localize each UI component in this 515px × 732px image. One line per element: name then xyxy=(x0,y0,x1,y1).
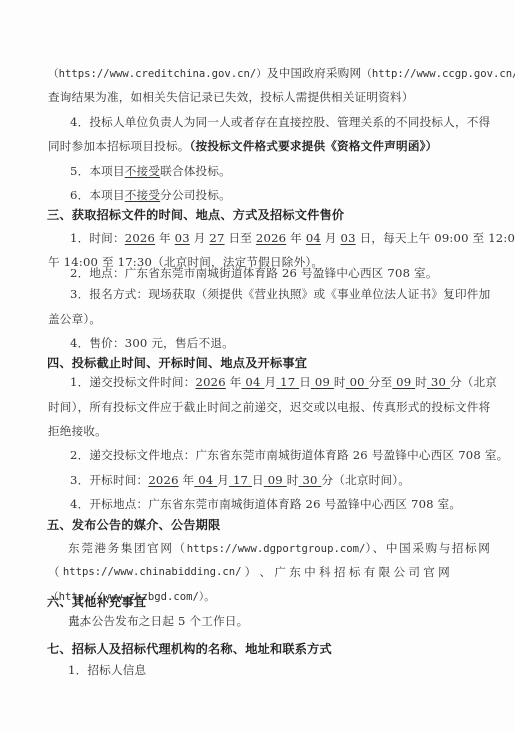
section-3-heading: 三、获取招标文件的时间、地点、方式及招标文件售价 xyxy=(47,207,344,223)
char: 招 xyxy=(334,564,346,580)
submit-day: 17 xyxy=(280,375,295,389)
to-label: 至 xyxy=(240,231,252,245)
hour-label: 时 xyxy=(415,375,427,389)
requirement-5: 5．本项目不接受联合体投标。 xyxy=(70,163,231,179)
hour-label: 时 xyxy=(334,375,346,389)
section-4-submit-time-line-1: 1．递交投标文件时间：2026 年 04 月 17 日 09 时 00 分至 0… xyxy=(70,374,497,390)
separator: 、 xyxy=(259,564,271,580)
section-4-heading: 四、投标截止时间、开标时间、地点及开标事宜 xyxy=(47,355,307,371)
char: 限 xyxy=(379,564,391,580)
document-page: （https://www.creditchina.gov.cn/）及中国政府采购… xyxy=(0,0,515,732)
section-5-heading: 五、发布公告的媒介、公告期限 xyxy=(47,517,220,533)
requirement-6: 6．本项目不接受分公司投标。 xyxy=(70,187,231,203)
section-3-method-line-1: 3．报名方式：现场获取（须提供《营业执照》或《事业单位法人证书》复印件加 xyxy=(70,286,490,302)
open-hour: 09 xyxy=(268,473,283,487)
char: 网 xyxy=(438,564,450,580)
paren-close: ） xyxy=(245,564,257,580)
start-day: 27 xyxy=(209,231,224,245)
credit-check-line-1: （https://www.creditchina.gov.cn/）及中国政府采购… xyxy=(48,65,515,82)
submit-year: 2026 xyxy=(196,375,226,389)
open-month: 04 xyxy=(198,473,213,487)
requirement-4-line-1: 4．投标人单位负责人为同一人或者存在直接控股、管理关系的不同投标人，不得 xyxy=(70,114,490,130)
open-time-label: 3．开标时间： xyxy=(70,473,148,487)
requirement-6-prefix: 6．本项目 xyxy=(70,188,125,202)
section-3-method-line-2: 盖公章）。 xyxy=(48,311,101,327)
char: 官 xyxy=(423,564,435,580)
requirement-4-note: （按投标文件格式要求提供《资格文件声明函》） xyxy=(190,139,438,153)
end-month: 04 xyxy=(306,231,321,245)
section-7-item-1: 1．招标人信息 xyxy=(68,662,146,678)
section-4-submit-place: 2．递交投标文件地点：广东省东莞市南城街道体育路 26 号盈锋中心西区 708 … xyxy=(70,447,508,463)
submit-end-minute: 30 xyxy=(431,375,446,389)
credit-check-line-2: 查询结果为准，如相关失信记录已失效，投标人需提供相关证明资料） xyxy=(48,89,414,105)
month-label: 月 xyxy=(264,375,276,389)
char: 广 xyxy=(274,564,286,580)
section-7-heading: 七、招标人及招标代理机构的名称、地址和联系方式 xyxy=(47,641,332,657)
section-5-media-line-2: （ https://www.chinabidding.cn/ ） 、 广 东 中… xyxy=(48,564,450,580)
section-5-period: 自本公告发布之日起 5 个工作日。 xyxy=(68,613,248,629)
year-label: 年 xyxy=(230,375,242,389)
month-label: 月 xyxy=(217,473,229,487)
section-3-place: 2．地点：广东省东莞市南城街道体育路 26 号盈锋中心西区 708 室。 xyxy=(70,265,438,281)
section-4-open-time: 3．开标时间：2026 年 04 月 17 日 09 时 30 分（北京时间）。 xyxy=(70,472,410,488)
chinabidding-label: ）、中国采购与招标网 xyxy=(365,541,491,555)
section-6-heading: 六、其他补充事宜 xyxy=(47,594,146,610)
ccgp-label: 及中国政府采购网 xyxy=(267,66,361,80)
requirement-5-suffix: 联合体投标。 xyxy=(160,164,231,178)
section-4-open-place: 4．开标地点：广东省东莞市南城街道体育路 26 号盈锋中心西区 708 室。 xyxy=(70,496,461,512)
start-year: 2026 xyxy=(125,231,155,245)
char: 标 xyxy=(349,564,361,580)
end-day: 03 xyxy=(341,231,356,245)
year-label: 年 xyxy=(183,473,195,487)
minute-to-label: 分至 xyxy=(369,375,393,389)
open-tail: 分（北京时间）。 xyxy=(321,473,410,487)
char: 有 xyxy=(364,564,376,580)
char: 科 xyxy=(319,564,331,580)
submit-tail: 分（北京 xyxy=(450,375,497,389)
char: 司 xyxy=(408,564,420,580)
submit-hour: 09 xyxy=(315,375,330,389)
dgport-url: https://www.dgportgroup.com/ xyxy=(187,543,366,555)
section-4-submit-time-line-2: 时间），所有投标文件应于截止时间之前递交，迟交或以电报、传真形式的投标文件将 xyxy=(48,399,490,415)
time-label: 1．时间： xyxy=(70,231,125,245)
submit-end-hour: 09 xyxy=(396,375,411,389)
requirement-5-prefix: 5．本项目 xyxy=(70,164,125,178)
requirement-4-line-2: 同时参加本招标项目投标。（按投标文件格式要求提供《资格文件声明函》） xyxy=(48,138,437,154)
open-day: 17 xyxy=(233,473,248,487)
requirement-5-underlined: 不接受 xyxy=(125,164,160,178)
char: 公 xyxy=(393,564,405,580)
month-label: 月 xyxy=(194,231,206,245)
chinabidding-url: https://www.chinabidding.cn/ xyxy=(63,564,242,580)
start-month: 03 xyxy=(175,231,190,245)
submit-minute: 00 xyxy=(350,375,365,389)
section-4-submit-time-line-3: 拒绝接收。 xyxy=(48,423,107,439)
submit-time-label: 1．递交投标文件时间： xyxy=(70,375,196,389)
end-year: 2026 xyxy=(256,231,286,245)
open-minute: 30 xyxy=(302,473,317,487)
year-label: 年 xyxy=(290,231,302,245)
requirement-4-text: 同时参加本招标项目投标。 xyxy=(48,139,190,153)
hour-label: 时 xyxy=(287,473,299,487)
day-label: 日 xyxy=(252,473,264,487)
section-3-price: 4．售价：300 元，售后不退。 xyxy=(70,335,234,351)
day-label: 日 xyxy=(299,375,311,389)
year-label: 年 xyxy=(159,231,171,245)
requirement-6-underlined: 不接受 xyxy=(125,188,160,202)
section-3-time-line-1: 1．时间：2026 年 03 月 27 日至 2026 年 04 月 03 日，… xyxy=(70,230,515,246)
char: 中 xyxy=(304,564,316,580)
section-5-media-line-1: 东莞港务集团官网（https://www.dgportgroup.com/）、中… xyxy=(68,540,491,557)
month-label: 月 xyxy=(325,231,337,245)
paren-open: （ xyxy=(48,564,60,580)
char: 东 xyxy=(289,564,301,580)
submit-month: 04 xyxy=(245,375,260,389)
ccgp-url: （http://www.ccgp.gov.cn/） xyxy=(361,68,515,80)
dgport-label: 东莞港务集团官网（ xyxy=(68,541,187,555)
time-tail: 日，每天上午 09:00 至 12:00，下 xyxy=(360,231,515,245)
requirement-6-suffix: 分公司投标。 xyxy=(160,188,231,202)
section-6-content: 无。 xyxy=(68,613,92,629)
open-year: 2026 xyxy=(148,473,178,487)
creditchina-url: （https://www.creditchina.gov.cn/） xyxy=(48,68,267,80)
day-label: 日 xyxy=(228,231,240,245)
